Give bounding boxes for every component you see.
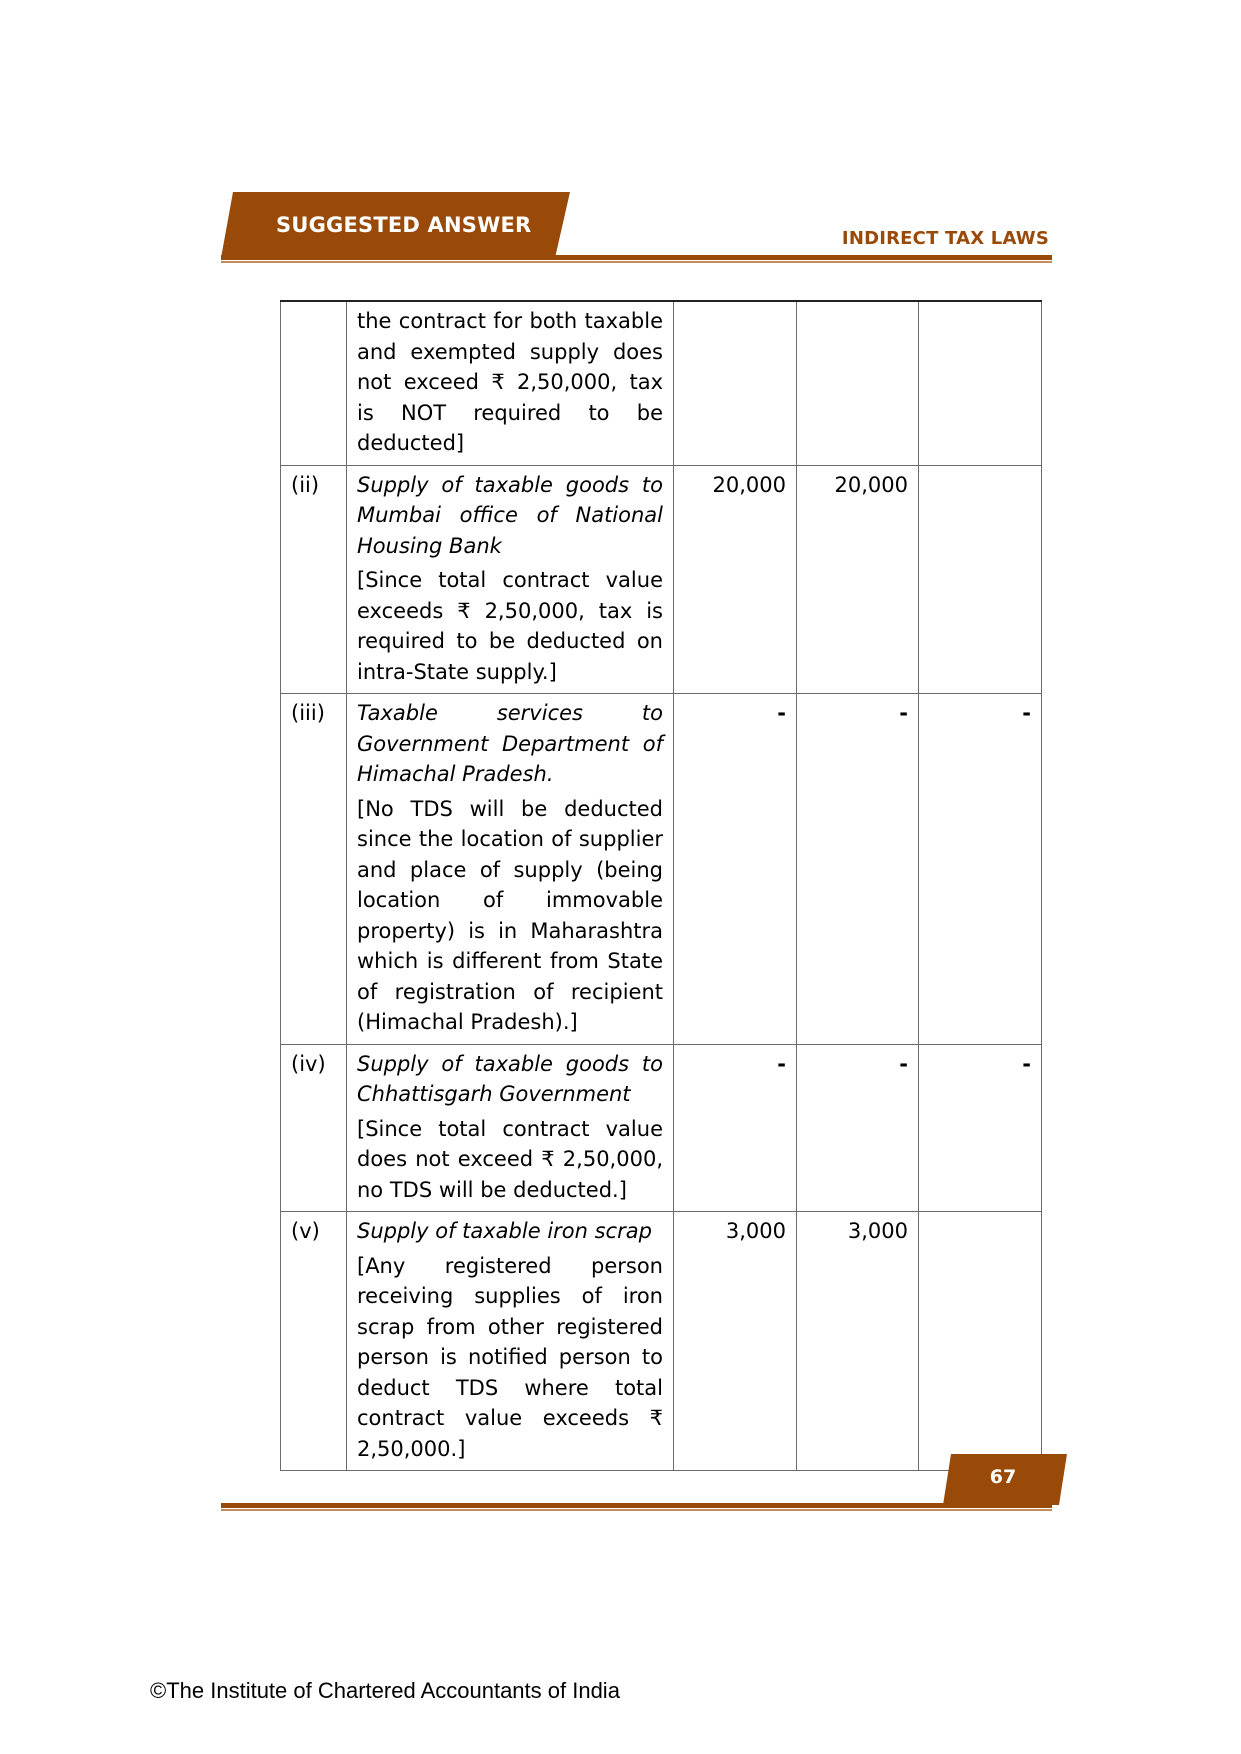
header-rule-thin [221,261,1052,263]
page-number: 67 [943,1466,1063,1488]
row-value-col3: 3,000 [674,1212,797,1471]
row-value-col3: - [674,1044,797,1212]
row-description: Taxable services to Government Departmen… [347,694,674,1045]
row-value-col5 [919,1212,1042,1471]
row-note: the contract for both taxable and exempt… [357,306,663,459]
row-value-col5: - [919,1044,1042,1212]
row-value-col3 [674,301,797,465]
row-value-col4: 20,000 [797,465,919,694]
row-description: Supply of taxable goods to Mumbai office… [347,465,674,694]
row-note: [Any registered person receiving supplie… [357,1251,663,1465]
row-value-col5 [919,465,1042,694]
row-value-col3: 20,000 [674,465,797,694]
table-row: (iv) Supply of taxable goods to Chhattis… [281,1044,1042,1212]
row-value-col4: - [797,694,919,1045]
table-row: (v) Supply of taxable iron scrap [Any re… [281,1212,1042,1471]
table-row: the contract for both taxable and exempt… [281,301,1042,465]
row-note: [No TDS will be deducted since the locat… [357,794,663,1038]
table-row: (ii) Supply of taxable goods to Mumbai o… [281,465,1042,694]
row-description: the contract for both taxable and exempt… [347,301,674,465]
row-title: Supply of taxable goods to Mumbai office… [357,470,663,562]
row-value-col4: 3,000 [797,1212,919,1471]
row-description: Supply of taxable goods to Chhattisgarh … [347,1044,674,1212]
row-number [281,301,347,465]
row-number: (v) [281,1212,347,1471]
row-value-col5 [919,301,1042,465]
row-note: [Since total contract value does not exc… [357,1114,663,1206]
copyright-notice: ©The Institute of Chartered Accountants … [150,1678,620,1704]
row-value-col4 [797,301,919,465]
footer-rule [221,1503,1052,1508]
row-value-col5: - [919,694,1042,1045]
row-title: Taxable services to Government Departmen… [357,698,663,790]
row-number: (iv) [281,1044,347,1212]
row-number: (iii) [281,694,347,1045]
row-title: Supply of taxable goods to Chhattisgarh … [357,1049,663,1110]
header-rule [221,255,1052,260]
row-title: Supply of taxable iron scrap [357,1216,663,1247]
subject-title: INDIRECT TAX LAWS [842,228,1049,249]
row-description: Supply of taxable iron scrap [Any regist… [347,1212,674,1471]
row-note: [Since total contract value exceeds ₹ 2,… [357,565,663,687]
row-value-col3: - [674,694,797,1045]
answer-table: the contract for both taxable and exempt… [280,300,1042,1471]
row-number: (ii) [281,465,347,694]
row-value-col4: - [797,1044,919,1212]
table-row: (iii) Taxable services to Government Dep… [281,694,1042,1045]
footer-rule-thin [221,1509,1052,1511]
section-label: SUGGESTED ANSWER [276,213,531,237]
